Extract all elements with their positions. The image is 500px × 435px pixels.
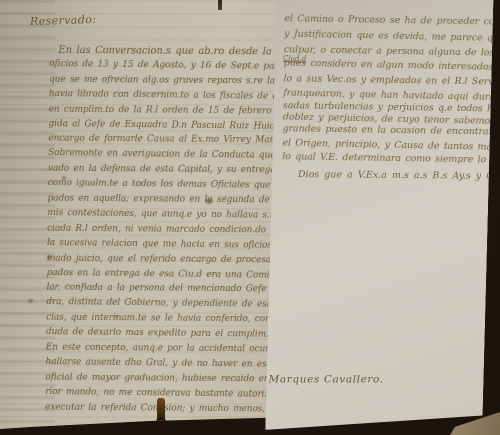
manuscript-line: encargo de formarle Causa al Ex.mo Virre…	[48, 134, 310, 146]
table-background	[0, 425, 500, 435]
manuscript-line: grandes puesto en la ocasion de encontra…	[283, 123, 500, 138]
ink-speck	[115, 315, 118, 318]
manuscript-line: lo qual V.E. determinara como siempre lo…	[282, 151, 500, 166]
interlined-correction: Ciud.d	[283, 54, 306, 63]
ink-speck	[205, 198, 213, 204]
ink-speck	[28, 299, 33, 303]
right-manuscript-page: el Camino o Proceso se ha de proceder co…	[265, 0, 494, 435]
manuscript-line: pues considero en algun modo interesados…	[284, 57, 500, 74]
left-manuscript-page: Reservado: En las Conversacion.s que ab.…	[0, 0, 300, 435]
manuscript-line: y Justificacion que es devida, me parece…	[284, 28, 500, 45]
manuscript-line: lo a sus Vec.os y empleados en el R.l Se…	[283, 73, 500, 89]
ink-speck	[47, 255, 51, 260]
signature: Marques Cavallero.	[269, 373, 384, 385]
page-edge-slit-mark	[218, 0, 222, 10]
ink-speck	[62, 176, 66, 180]
ink-drip-stain	[157, 398, 165, 425]
manuscript-line: el Camino o Proceso se ha de proceder co…	[284, 13, 500, 29]
right-page-text-block: el Camino o Proceso se ha de proceder co…	[280, 0, 500, 285]
photo-of-manuscript: { "colors": { "bg": "#1c130d", "bg_light…	[0, 0, 500, 435]
